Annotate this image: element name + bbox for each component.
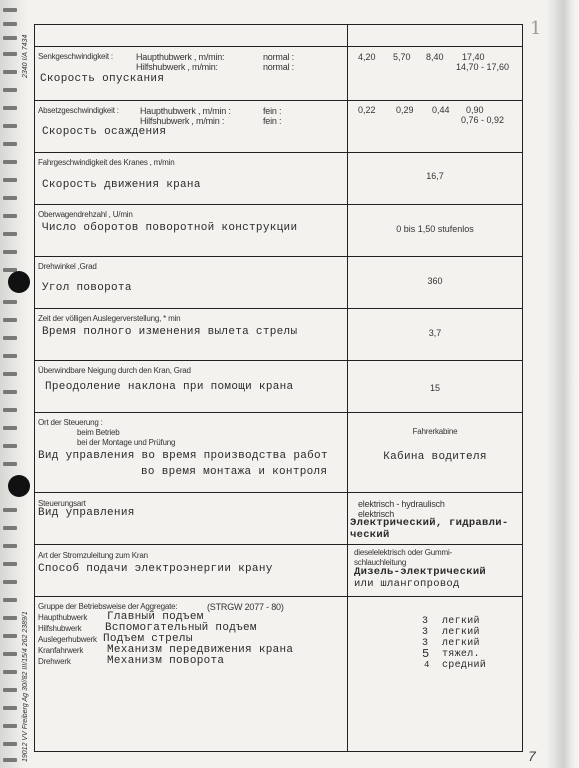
- value: 0 bis 1,50 stufenlos: [348, 224, 522, 234]
- value: 5,70: [393, 52, 411, 62]
- row-label-cell: Ort der Steuerung : beim Betrieb bei der…: [35, 413, 348, 493]
- binding-mark: [3, 250, 17, 254]
- binding-mark: [3, 616, 17, 620]
- standard-ref: (STRGW 2077 - 80): [207, 602, 284, 612]
- binding-mark: [3, 318, 17, 322]
- de-sub-label: beim Betrieb: [77, 428, 120, 438]
- value: 4,20: [358, 52, 376, 62]
- ru-label: Способ подачи электроэнергии крану: [38, 563, 273, 576]
- binding-mark: [3, 634, 17, 638]
- row-label-cell: Senkgeschwindigkeit : Haupthubwerk , m/m…: [35, 47, 348, 101]
- value-de: elektrisch - hydraulisch: [358, 499, 445, 509]
- ru-label: Вид управления: [38, 507, 135, 520]
- ru-label: Скорость движения крана: [42, 179, 201, 192]
- value: 16,7: [348, 171, 522, 181]
- ru-label: во время монтажа и контроля: [141, 466, 327, 479]
- de-sub-label: bei der Montage und Prüfung: [77, 438, 175, 448]
- de-item: Hilfshubwerk , m/min :: [140, 116, 224, 126]
- value-ru: ческий: [350, 529, 390, 542]
- table-row: Oberwagendrehzahl , U/min Число оборотов…: [35, 205, 523, 257]
- row-label-cell: Zeit der völligen Auslegerverstellung, *…: [35, 309, 348, 361]
- row-label-cell: Drehwinkel ,Grad Угол поворота: [35, 257, 348, 309]
- row-label-cell: Gruppe der Betriebsweise der Aggregate: …: [35, 597, 348, 752]
- ru-label: Время полного изменения вылета стрелы: [42, 326, 297, 339]
- row-value-cell: Fahrerkabine Кабина водителя: [348, 413, 523, 493]
- binding-mark: [3, 652, 17, 656]
- mechanism-de: Auslegerhubwerk: [38, 635, 97, 645]
- row-label-cell: Art der Stromzuleitung zum Kran Способ п…: [35, 545, 348, 597]
- table-row: Überwindbare Neigung durch den Kran, Gra…: [35, 361, 523, 413]
- page-number: 7: [528, 748, 536, 764]
- binding-mark: [3, 372, 17, 376]
- binding-mark: [3, 196, 17, 200]
- margin-note-bottom: 19012 VV Freiberg Ag 30//82 III/15/4 262…: [22, 611, 29, 762]
- value: 0,29: [396, 105, 414, 115]
- binding-mark: [3, 408, 17, 412]
- value-de: dieselelektrisch oder Gummi-: [354, 548, 452, 558]
- row-value-cell: 3 легкий 3 легкий 3 легкий 5 тяжел. 4 ср…: [348, 597, 523, 752]
- de-item: Hilfshubwerk , m/min:: [136, 62, 218, 72]
- binding-mark: [3, 22, 17, 26]
- punch-hole: [8, 475, 30, 497]
- de-label: Senkgeschwindigkeit :: [38, 52, 113, 62]
- row-value-cell: elektrisch - hydraulisch elektrisch Элек…: [348, 493, 523, 545]
- table-row: Senkgeschwindigkeit : Haupthubwerk , m/m…: [35, 47, 523, 101]
- row-value-cell: 3,7: [348, 309, 523, 361]
- de-label: Überwindbare Neigung durch den Kran, Gra…: [38, 366, 191, 376]
- row-label-cell: Steuerungsart Вид управления: [35, 493, 348, 545]
- handwritten-mark: 1: [530, 18, 541, 39]
- row-value-cell: 16,7: [348, 153, 523, 205]
- binding-mark: [3, 232, 17, 236]
- value: 0,90: [466, 105, 484, 115]
- binding-mark: [3, 724, 17, 728]
- binding-mark: [3, 390, 17, 394]
- binding-mark: [3, 688, 17, 692]
- ru-label: Скорость осаждения: [42, 126, 166, 139]
- binding-mark: [3, 742, 17, 746]
- table-header-row: [35, 25, 523, 47]
- de-label: Fahrgeschwindigkeit des Kranes , m/min: [38, 158, 174, 168]
- binding-mark: [3, 462, 17, 466]
- de-label: Zeit der völligen Auslegerverstellung, *…: [38, 314, 180, 324]
- row-value-cell: 360: [348, 257, 523, 309]
- binding-mark: [3, 336, 17, 340]
- group-number: 4: [424, 659, 430, 672]
- binding-mark: [3, 598, 17, 602]
- de-item: Haupthubwerk , m/min :: [140, 106, 231, 116]
- de-label: Ort der Steuerung :: [38, 418, 103, 428]
- de-label: Absetzgeschwindigkeit :: [38, 106, 119, 116]
- binding-mark: [3, 106, 17, 110]
- value: 360: [348, 276, 522, 286]
- binding-mark: [3, 544, 17, 548]
- margin-note-top: 2340 I/A 7434: [22, 35, 29, 78]
- binding-mark: [3, 562, 17, 566]
- page-edge: [545, 0, 579, 768]
- de-label: Art der Stromzuleitung zum Kran: [38, 551, 148, 561]
- value-ru: Кабина водителя: [348, 451, 522, 464]
- value: 3,7: [348, 328, 522, 338]
- table-row: Fahrgeschwindigkeit des Kranes , m/min С…: [35, 153, 523, 205]
- row-value-cell: dieselelektrisch oder Gummi- schlauchlei…: [348, 545, 523, 597]
- row-value-cell: 15: [348, 361, 523, 413]
- row-label-cell: Absetzgeschwindigkeit : Haupthubwerk , m…: [35, 101, 348, 153]
- row-label-cell: Fahrgeschwindigkeit des Kranes , m/min С…: [35, 153, 348, 205]
- ru-label: Угол поворота: [42, 282, 132, 295]
- binding-mark: [3, 670, 17, 674]
- binding-mark: [3, 178, 17, 182]
- mechanism-ru: Механизм поворота: [107, 655, 224, 668]
- value: 8,40: [426, 52, 444, 62]
- ru-label: Вид управления во время производства раб…: [38, 450, 328, 463]
- binding-mark: [3, 706, 17, 710]
- binding-mark: [3, 580, 17, 584]
- table-row: Absetzgeschwindigkeit : Haupthubwerk , m…: [35, 101, 523, 153]
- value-de: Fahrerkabine: [348, 427, 522, 437]
- de-mode: fein :: [263, 106, 281, 116]
- binding-mark: [3, 124, 17, 128]
- de-label: Oberwagendrehzahl , U/min: [38, 210, 133, 220]
- header-cell-right: [348, 25, 523, 47]
- binding-mark: [3, 300, 17, 304]
- row-value-cell: 0,22 0,29 0,44 0,90 0,76 - 0,92: [348, 101, 523, 153]
- value: 0,22: [358, 105, 376, 115]
- value-range: 0,76 - 0,92: [461, 115, 504, 125]
- de-mode: normal :: [263, 52, 294, 62]
- binding-mark: [3, 88, 17, 92]
- de-mode: normal :: [263, 62, 294, 72]
- row-value-cell: 0 bis 1,50 stufenlos: [348, 205, 523, 257]
- mechanism-de: Drehwerk: [38, 657, 71, 667]
- row-label-cell: Oberwagendrehzahl , U/min Число оборотов…: [35, 205, 348, 257]
- binding-mark: [3, 526, 17, 530]
- mechanism-de: Haupthubwerk: [38, 613, 87, 623]
- table-row: Drehwinkel ,Grad Угол поворота 360: [35, 257, 523, 309]
- de-label: Drehwinkel ,Grad: [38, 262, 97, 272]
- value: 0,44: [432, 105, 450, 115]
- binding-mark: [3, 758, 17, 762]
- table-row: Ort der Steuerung : beim Betrieb bei der…: [35, 413, 523, 493]
- header-cell-left: [35, 25, 348, 47]
- duty-class: средний: [442, 659, 486, 672]
- binding-mark: [3, 52, 17, 56]
- de-item: Haupthubwerk , m/min:: [136, 52, 224, 62]
- ru-label: Преодоление наклона при помощи крана: [45, 381, 293, 394]
- mechanism-de: Kranfahrwerk: [38, 646, 83, 656]
- value: 17,40: [462, 52, 485, 62]
- ru-label: Число оборотов поворотной конструкции: [42, 222, 297, 235]
- spec-table: Senkgeschwindigkeit : Haupthubwerk , m/m…: [34, 24, 523, 752]
- binding-mark: [3, 70, 17, 74]
- ru-label: Скорость опускания: [40, 73, 164, 86]
- row-label-cell: Überwindbare Neigung durch den Kran, Gra…: [35, 361, 348, 413]
- binding-mark: [3, 142, 17, 146]
- punch-hole: [8, 271, 30, 293]
- binding-mark: [3, 214, 17, 218]
- binding-mark: [3, 36, 17, 40]
- binding-mark: [3, 508, 17, 512]
- table-row: Art der Stromzuleitung zum Kran Способ п…: [35, 545, 523, 597]
- value-ru: или шлангопровод: [354, 578, 460, 591]
- value: 15: [348, 383, 522, 393]
- table-row: Steuerungsart Вид управления elektrisch …: [35, 493, 523, 545]
- table-row: Gruppe der Betriebsweise der Aggregate: …: [35, 597, 523, 752]
- mechanism-de: Hilfshubwerk: [38, 624, 81, 634]
- binding-mark: [3, 8, 17, 12]
- binding-mark: [3, 160, 17, 164]
- binding-mark: [3, 444, 17, 448]
- table-row: Zeit der völligen Auslegerverstellung, *…: [35, 309, 523, 361]
- binding-mark: [3, 426, 17, 430]
- de-mode: fein :: [263, 116, 281, 126]
- row-value-cell: 4,20 5,70 8,40 17,40 14,70 - 17,60: [348, 47, 523, 101]
- value-range: 14,70 - 17,60: [456, 62, 509, 72]
- binding-mark: [3, 354, 17, 358]
